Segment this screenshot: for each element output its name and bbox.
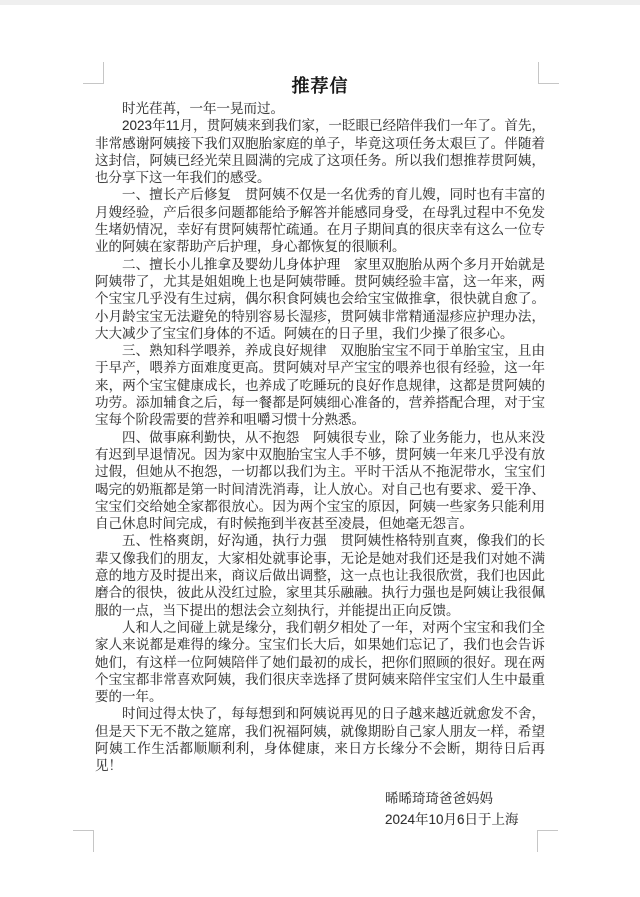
paragraph-point-4: 四、做事麻利勤快，从不抱怨 阿姨很专业，除了业务能力，也从来没有迟到早退情况。因… — [95, 429, 545, 533]
letter-photo: 推荐信 时光荏苒，一年一晃而过。 2023年11月，贯阿姨来到我们家，一眨眼已经… — [0, 0, 640, 897]
crop-mark-bottom-left-icon — [73, 830, 94, 852]
signature-block: 晞晞琦琦爸爸妈妈 2024年10月6日于上海 — [385, 788, 545, 830]
paragraph-point-2: 二、擅长小儿推拿及婴幼儿身体护理 家里双胞胎从两个多月开始就是阿姨带了，尤其是姐… — [95, 256, 545, 342]
signature-names: 晞晞琦琦爸爸妈妈 — [385, 788, 545, 809]
paragraph-farewell: 时间过得太快了，每每想到和阿姨说再见的日子越来越近就愈发不舍，但是天下无不散之筵… — [95, 705, 545, 774]
paragraph-fate: 人和人之间碰上就是缘分，我们朝夕相处了一年，对两个宝宝和我们全家人来说都是难得的… — [95, 619, 545, 705]
paragraph-point-3: 三、熟知科学喂养，养成良好规律 双胞胎宝宝不同于单胎宝宝，且由于早产，喂养方面难… — [95, 342, 545, 428]
paragraph-opening: 时光荏苒，一年一晃而过。 — [95, 100, 545, 117]
letter-body: 时光荏苒，一年一晃而过。 2023年11月，贯阿姨来到我们家，一眨眼已经陪伴我们… — [95, 100, 545, 775]
paragraph-point-5: 五、性格爽朗，好沟通，执行力强 贯阿姨性格特别直爽，像我们的长辈又像我们的朋友，… — [95, 532, 545, 618]
paragraph-intro: 2023年11月，贯阿姨来到我们家，一眨眼已经陪伴我们一年了。首先，非常感谢阿姨… — [95, 117, 545, 186]
letter-title: 推荐信 — [95, 75, 545, 97]
photo-top-edge — [0, 0, 640, 5]
paragraph-point-1: 一、擅长产后修复 贯阿姨不仅是一名优秀的育儿嫂，同时也有丰富的月嫂经验，产后很多… — [95, 186, 545, 255]
signature-date: 2024年10月6日于上海 — [385, 809, 545, 830]
letter-page: 推荐信 时光荏苒，一年一晃而过。 2023年11月，贯阿姨来到我们家，一眨眼已经… — [95, 75, 545, 830]
crop-mark-bottom-right-icon — [537, 830, 558, 852]
